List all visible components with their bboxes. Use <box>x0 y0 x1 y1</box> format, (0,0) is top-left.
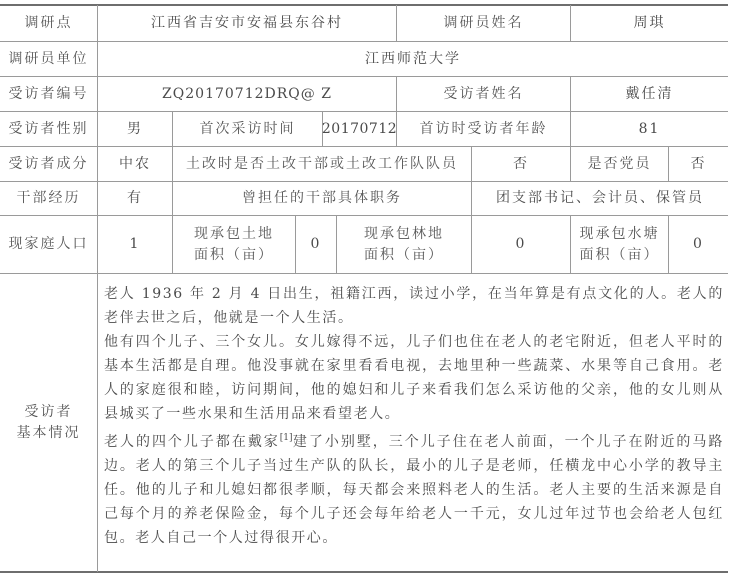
survey-site-value: 江西省吉安市安福县东谷村 <box>98 5 396 41</box>
first-interview-date-value: 20170712 <box>323 112 396 146</box>
paragraph-text: 建了小别墅，三个儿子住在老人前面，一个儿子在附近的马路边。老人的第三个儿子当过生… <box>104 434 724 546</box>
researcher-unit-label: 调研员单位 <box>0 42 97 76</box>
age-at-first-interview-value: 81 <box>571 112 728 146</box>
interviewee-id-value: ZQ20170712DRQ@ Z <box>98 77 396 111</box>
forest-area-label-line1: 现承包林地 <box>364 224 444 245</box>
age-at-first-interview-label: 首访时受访者年龄 <box>397 112 570 146</box>
farmland-area-label-line1: 现承包土地 <box>194 224 274 245</box>
farmland-area-label-line2: 面积（亩） <box>194 245 274 266</box>
party-member-label: 是否党员 <box>571 147 668 181</box>
researcher-name-label: 调研员姓名 <box>397 5 570 41</box>
interviewee-id-label: 受访者编号 <box>0 77 97 111</box>
party-member-value: 否 <box>669 147 728 181</box>
household-size-value: 1 <box>98 216 172 273</box>
land-reform-cadre-value: 否 <box>472 147 570 181</box>
interviewee-gender-value: 男 <box>98 112 172 146</box>
pond-area-label-line1: 现承包水塘 <box>580 224 660 245</box>
survey-site-label: 调研点 <box>0 5 97 41</box>
row-divider <box>0 273 728 274</box>
interviewee-background-text: 老人 1936 年 2 月 4 日出生，祖籍江西，读过小学，在当年算是有点文化的… <box>104 282 724 550</box>
first-interview-date-label: 首次采访时间 <box>173 112 322 146</box>
footnote-marker[interactable]: [1] <box>280 433 293 443</box>
forest-area-value: 0 <box>472 216 570 273</box>
farmland-area-value: 0 <box>296 216 336 273</box>
researcher-unit-value: 江西师范大学 <box>98 42 728 76</box>
table-bottom-border <box>0 571 728 573</box>
paragraph-text: 老人的四个儿子都在戴家 <box>104 434 280 450</box>
background-paragraph: 老人 1936 年 2 月 4 日出生，祖籍江西，读过小学，在当年算是有点文化的… <box>104 282 724 330</box>
class-status-value: 中农 <box>98 147 172 181</box>
forest-area-label-line2: 面积（亩） <box>364 245 444 266</box>
cadre-positions-value: 团支部书记、会计员、保管员 <box>472 182 728 215</box>
interviewee-background-label: 受访者 基本情况 <box>0 274 97 571</box>
background-paragraph: 他有四个儿子、三个女儿。女儿嫁得不远，儿子们也住在老人的老宅附近，但老人平时的基… <box>104 330 724 426</box>
household-size-label: 现家庭人口 <box>0 216 97 273</box>
background-paragraph: 老人的四个儿子都在戴家[1]建了小别墅，三个儿子住在老人前面，一个儿子在附近的马… <box>104 426 724 550</box>
interviewee-name-value: 戴任清 <box>571 77 728 111</box>
farmland-area-label: 现承包土地 面积（亩） <box>173 216 295 273</box>
forest-area-label: 现承包林地 面积（亩） <box>337 216 471 273</box>
pond-area-label-line2: 面积（亩） <box>580 245 660 266</box>
cadre-positions-label: 曾担任的干部具体职务 <box>173 182 471 215</box>
pond-area-label: 现承包水塘 面积（亩） <box>571 216 668 273</box>
interviewee-gender-label: 受访者性别 <box>0 112 97 146</box>
pond-area-value: 0 <box>669 216 728 273</box>
class-status-label: 受访者成分 <box>0 147 97 181</box>
cadre-experience-value: 有 <box>98 182 172 215</box>
land-reform-cadre-label: 土改时是否土改干部或土改工作队队员 <box>173 147 471 181</box>
interviewee-name-label: 受访者姓名 <box>397 77 570 111</box>
cadre-experience-label: 干部经历 <box>0 182 97 215</box>
researcher-name-value: 周琪 <box>571 5 728 41</box>
interviewee-background-label-line1: 受访者 <box>25 402 73 423</box>
interviewee-background-label-line2: 基本情况 <box>17 423 81 444</box>
